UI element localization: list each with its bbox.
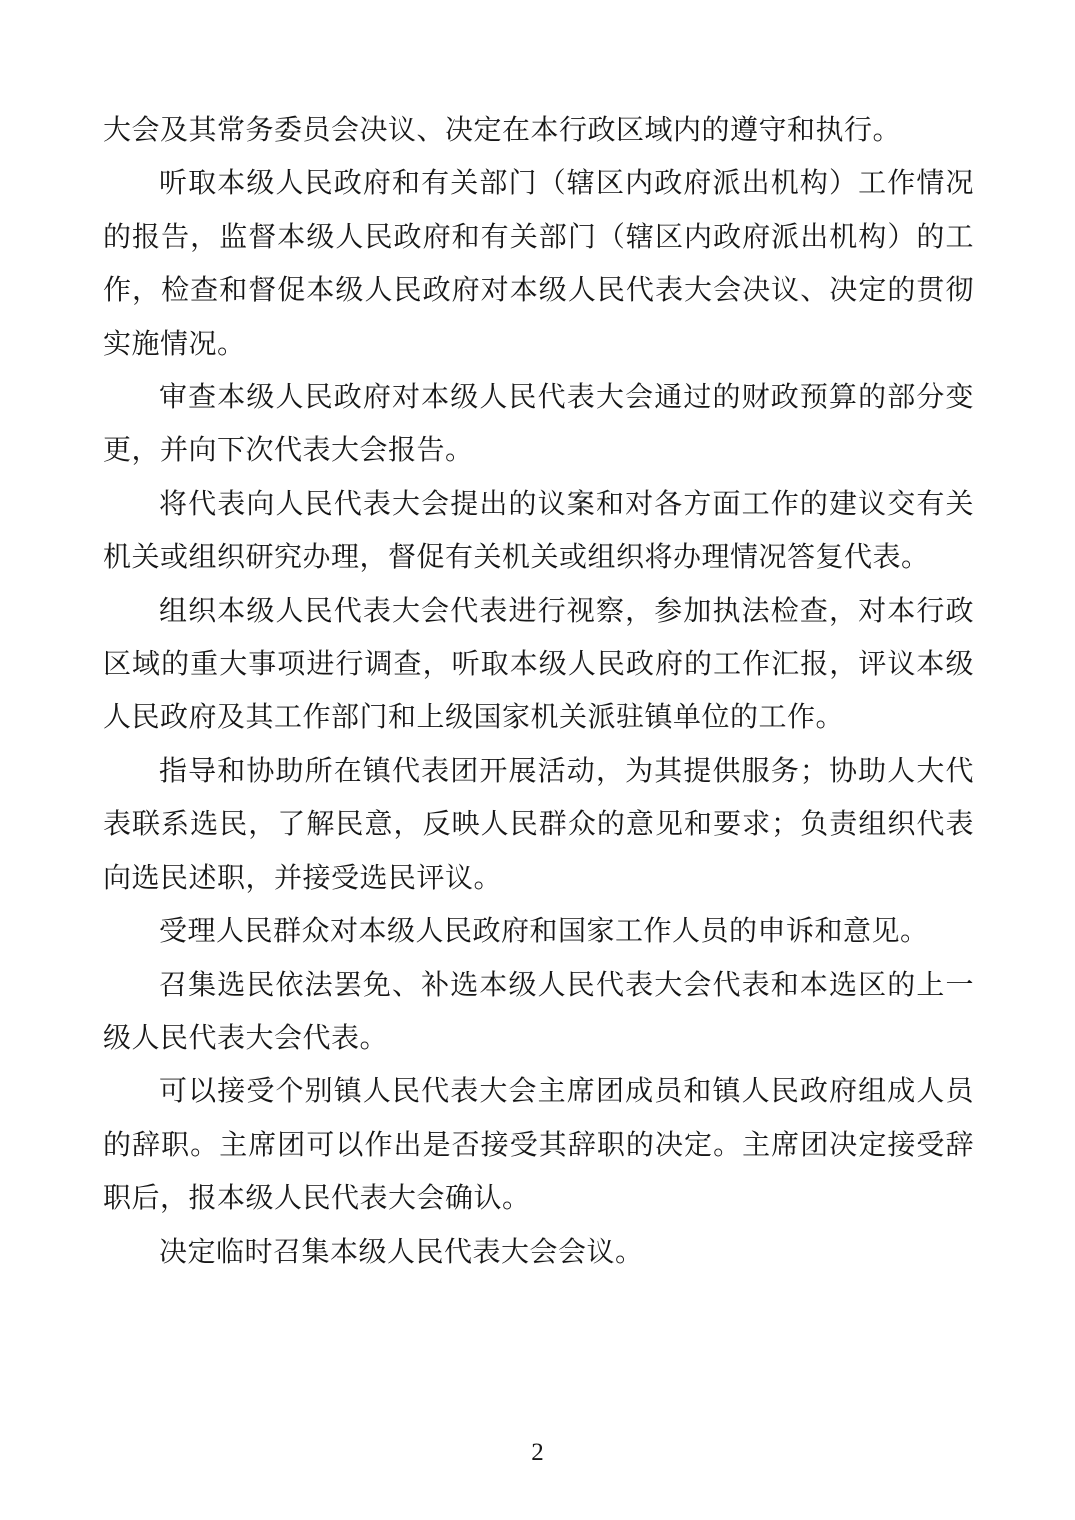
paragraph: 决定临时召集本级人民代表大会会议。 bbox=[103, 1226, 974, 1279]
paragraph: 听取本级人民政府和有关部门（辖区内政府派出机构）工作情况的报告，监督本级人民政府… bbox=[103, 157, 974, 371]
paragraph: 召集选民依法罢免、补选本级人民代表大会代表和本选区的上一级人民代表大会代表。 bbox=[103, 959, 974, 1066]
paragraph: 审查本级人民政府对本级人民代表大会通过的财政预算的部分变更，并向下次代表大会报告… bbox=[103, 371, 974, 478]
body-text: 大会及其常务委员会决议、决定在本行政区域内的遵守和执行。听取本级人民政府和有关部… bbox=[103, 104, 974, 1279]
paragraph: 受理人民群众对本级人民政府和国家工作人员的申诉和意见。 bbox=[103, 905, 974, 958]
paragraph: 组织本级人民代表大会代表进行视察，参加执法检查，对本行政区域的重大事项进行调查，… bbox=[103, 585, 974, 745]
paragraph: 大会及其常务委员会决议、决定在本行政区域内的遵守和执行。 bbox=[103, 104, 974, 157]
document-page: 大会及其常务委员会决议、决定在本行政区域内的遵守和执行。听取本级人民政府和有关部… bbox=[0, 0, 1075, 1520]
paragraph: 指导和协助所在镇代表团开展活动，为其提供服务；协助人大代表联系选民，了解民意，反… bbox=[103, 745, 974, 905]
paragraph: 将代表向人民代表大会提出的议案和对各方面工作的建议交有关机关或组织研究办理，督促… bbox=[103, 478, 974, 585]
paragraph: 可以接受个别镇人民代表大会主席团成员和镇人民政府组成人员的辞职。主席团可以作出是… bbox=[103, 1065, 974, 1225]
page-number: 2 bbox=[0, 1438, 1075, 1468]
